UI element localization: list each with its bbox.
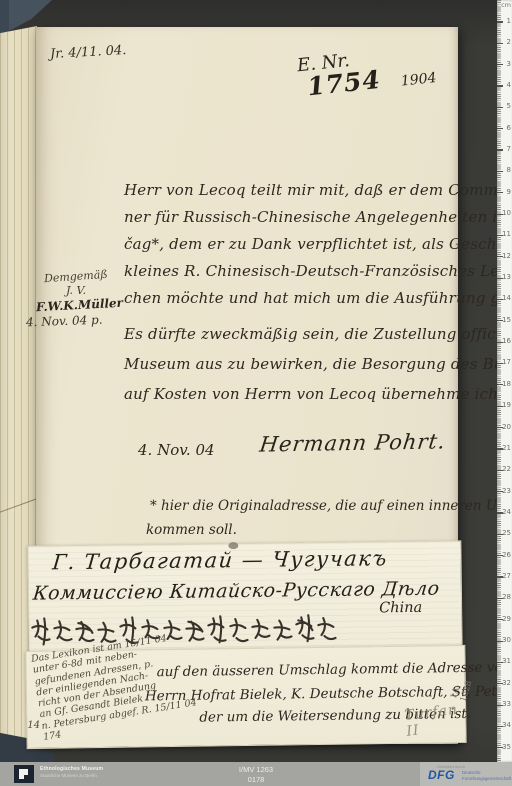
body-line: kleines R. Chinesisch-Deutsch-Französisc… [124,258,512,285]
file-number-value: 1754 [306,65,382,102]
signature: Hermann Pohrt. [258,429,447,456]
margin-note-line: Demgemäß [44,268,108,285]
ruler-cm-number: 20 [501,423,511,432]
ruler-cm-number: 9 [501,188,511,197]
body-line: Museum aus zu bewirken, die Besorgung de… [124,349,512,379]
ruler-cm-number: 31 [501,657,511,666]
letter-body-paragraph-1: Herr von Lecoq teilt mir mit, daß er dem… [124,177,512,312]
letter-page: Jr. 4/11. 04. E. Nr.17541904 Herr von Le… [36,27,458,744]
ruler-cm-number: 6 [501,124,511,133]
body-line: auf Kosten von Herrn von Lecoq übernehme… [124,379,512,409]
pencil-annotation: Turfan II [404,701,467,740]
scan-stage: Jr. 4/11. 04. E. Nr.17541904 Herr von Le… [0,0,512,786]
ruler-cm-number: 30 [501,636,511,645]
page-count-mark: 14 [27,720,40,731]
ruler-cm-number: 8 [501,166,511,175]
ruler-cm-number: 28 [501,593,511,602]
archive-footer-bar: Ethnologisches Museum Staatliche Museen … [0,762,512,786]
body-line: Herr von Lecoq teilt mir mit, daß er dem… [124,177,512,204]
body-line: ner für Russisch-Chinesische Angelegenhe… [124,204,512,231]
ruler-unit-label: cm [501,1,511,9]
ruler-cm-number: 19 [501,401,511,410]
ruler-cm-number: 1 [501,17,511,26]
ruler-cm-number: 16 [501,337,511,346]
ruler-cm-number: 21 [501,444,511,453]
ruler-cm-number: 35 [501,743,511,752]
body-line: chen möchte und hat mich um die Ausführu… [124,285,512,312]
margin-note-signature: F.W.K.Müller [36,296,124,315]
ruler-cm-number: 3 [501,60,511,69]
ruler-cm-number: 12 [501,252,511,261]
ruler-cm-number: 17 [501,358,511,367]
ruler-cm-number: 7 [501,145,511,154]
margin-note-date: 4. Nov. 04 p. [26,313,103,330]
ruler-mm-ticks [497,0,501,762]
footnote-line-1: * hier die Originaladresse, die auf eine… [150,498,512,514]
file-number: E. Nr.17541904 [296,39,460,100]
body-line: Es dürfte zweckmäßig sein, die Zustellun… [124,319,512,349]
ruler-cm-number: 23 [501,487,511,496]
body-line: čag*, dem er zu Dank verpflichtet ist, a… [124,231,512,258]
address-slip: Г. Тарбагатай — Чугучакъ Коммиссіею Кита… [27,540,462,653]
ruler-cm-number: 14 [501,294,511,303]
ruler: cm 1234567891011121314151617181920212223… [497,0,512,762]
dfg-logo: DFG [428,768,455,782]
ruler-cm-number: 5 [501,102,511,111]
margin-note-line: J. V. [66,284,86,297]
ruler-cm-number: 11 [501,230,511,239]
ruler-cm-number: 18 [501,380,511,389]
ruler-cm-number: 2 [501,38,511,47]
forwarding-note-slip: Das Lexikon ist am 15/11 04 unter 6-8d m… [25,645,466,749]
cyrillic-address-line-1: Г. Тарбагатай — Чугучакъ [51,546,389,574]
address-country: China [379,600,422,617]
ruler-cm-number: 13 [501,273,511,282]
file-number-year: 1904 [386,70,437,91]
dfg-panel: Gefördert durch DFG Deutsche Forschungsg… [420,762,512,786]
letter-body-paragraph-2: Es dürfte zweckmäßig sein, die Zustellun… [124,319,512,409]
ruler-cm-number: 24 [501,508,511,517]
ruler-cm-number: 33 [501,700,511,709]
ruler-cm-number: 10 [501,209,511,218]
ruler-cm-number: 26 [501,551,511,560]
ruler-cm-number: 22 [501,465,511,474]
ruler-cm-number: 32 [501,679,511,688]
ruler-cm-number: 29 [501,615,511,624]
letter-date: 4. Nov. 04 [138,441,215,459]
margin-approval-note: Demgemäß J. V. F.W.K.Müller 4. Nov. 04 p… [28,270,148,360]
dfg-name-line-2: Forschungsgemeinschaft [462,776,511,781]
ruler-cm-number: 4 [501,81,511,90]
ruler-cm-number: 34 [501,721,511,730]
footnote-line-2: kommen soll. [146,522,237,538]
ruler-cm-number: 25 [501,529,511,538]
ruler-cm-number: 15 [501,316,511,325]
dfg-name-line-1: Deutsche [462,770,481,775]
registry-mark: Jr. 4/11. 04. [50,43,127,62]
ruler-cm-number: 27 [501,572,511,581]
